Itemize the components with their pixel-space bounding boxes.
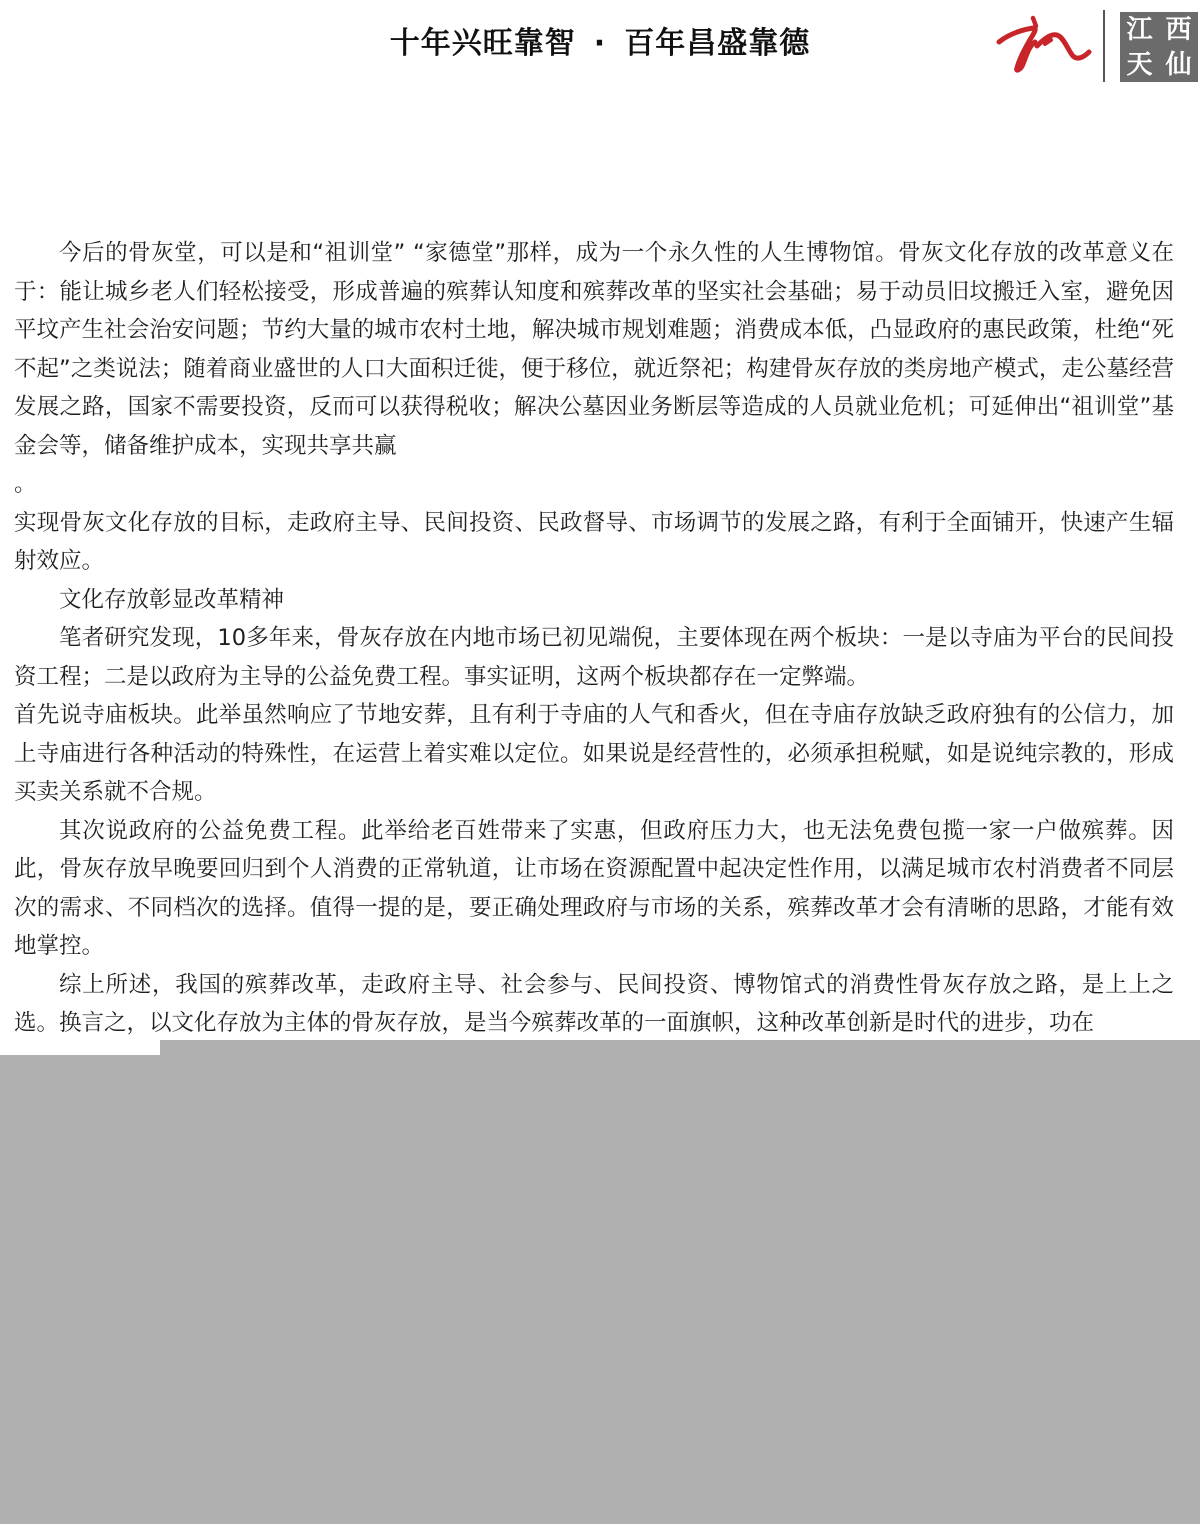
slogan-right: 百年昌盛靠德 [624, 26, 810, 61]
paragraph: 。 [14, 465, 1174, 504]
paragraph: 其次说政府的公益免费工程。此举给老百姓带来了实惠，但政府压力大，也无法免费包揽一… [14, 812, 1174, 966]
section-heading: 文化存放彰显改革精神 [14, 581, 1174, 620]
paragraph: 今后的骨灰堂，可以是和“祖训堂” “家德堂”那样，成为一个永久性的人生博物馆。骨… [14, 234, 1174, 465]
gray-overlay [0, 1055, 1200, 1524]
gray-overlay-top [160, 1040, 1200, 1056]
slogan-separator: · [594, 24, 606, 64]
paragraph: 实现骨灰文化存放的目标，走政府主导、民间投资、民政督导、市场调节的发展之路，有利… [14, 504, 1174, 581]
article-body: 今后的骨灰堂，可以是和“祖训堂” “家德堂”那样，成为一个永久性的人生博物馆。骨… [14, 234, 1174, 1043]
page-header: 十年兴旺靠智·百年昌盛靠德 江 西 天 仙 [0, 0, 1200, 95]
brand-char: 天 [1126, 52, 1152, 78]
logo-divider [1103, 10, 1105, 82]
paragraph: 首先说寺庙板块。此举虽然响应了节地安葬，且有利于寺庙的人气和香火，但在寺庙存放缺… [14, 696, 1174, 812]
brand-logo: 江 西 天 仙 [1120, 12, 1198, 82]
red-calligraphy-icon [995, 12, 1095, 76]
slogan-left: 十年兴旺靠智 [390, 26, 576, 61]
brand-char: 江 [1126, 17, 1152, 43]
brand-char: 仙 [1165, 52, 1191, 78]
brand-char: 西 [1165, 17, 1191, 43]
paragraph: 综上所述，我国的殡葬改革，走政府主导、社会参与、民间投资、博物馆式的消费性骨灰存… [14, 966, 1174, 1043]
paragraph: 笔者研究发现，10多年来，骨灰存放在内地市场已初见端倪，主要体现在两个板块：一是… [14, 619, 1174, 696]
